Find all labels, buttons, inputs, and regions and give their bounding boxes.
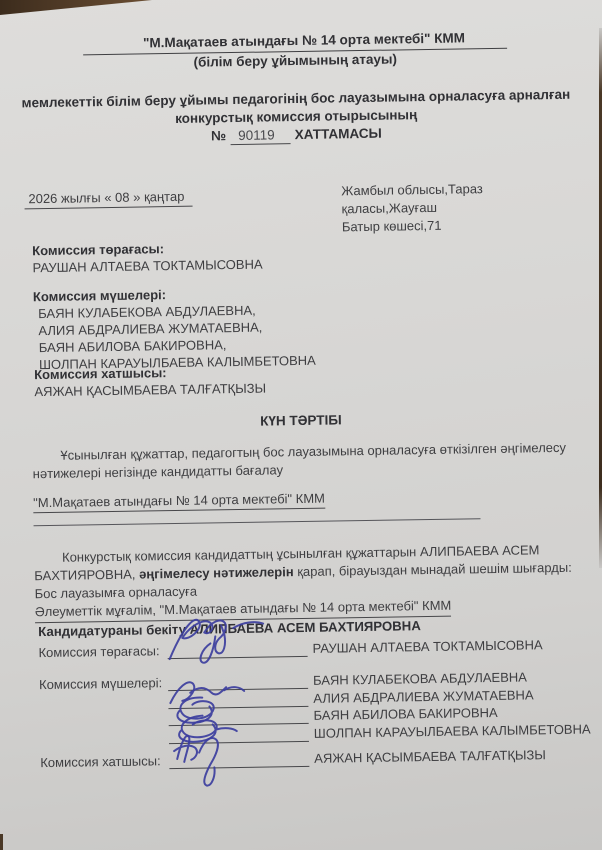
org-name-caption: (білім беру ұйымының атауы) bbox=[193, 51, 397, 69]
paper-sheet: "М.Мақатаев атындағы № 14 орта мектебі" … bbox=[0, 0, 602, 850]
decision-block: Конкурстық комиссия кандидаттың ұсынылға… bbox=[34, 541, 583, 624]
sig-member-line bbox=[168, 673, 308, 691]
protocol-title-line-2: конкурстық комиссия отырысының bbox=[175, 107, 417, 126]
sig-secretary-label: Комиссия хатшысы: bbox=[40, 752, 169, 771]
protocol-title-block: мемлекеттік білім беру ұйымы педагогінің… bbox=[0, 85, 598, 148]
agenda-body: Ұсынылған құжаттар, педагогтың бос лауаз… bbox=[32, 439, 580, 484]
date-value: 2026 жылғы « 08 » қаңтар bbox=[24, 188, 192, 210]
sig-member-line bbox=[169, 725, 309, 743]
photographed-document: { "colors":{"paper":"#d6d5d3","table":"#… bbox=[0, 0, 602, 850]
signature-row-secretary: Комиссия хатшысы: АЯЖАН ҚАСЫМБАЕВА ТАЛҒА… bbox=[40, 746, 546, 771]
protocol-number-row: №90119ХАТТАМАСЫ bbox=[211, 126, 382, 144]
address-line-2: Батыр көшесі,71 bbox=[342, 218, 442, 235]
sig-chair-name: РАУШАН АЛТАЕВА ТОКТАМЫСОВНА bbox=[312, 636, 542, 657]
decision-bold-phrase: әңгімелесу нәтижелерін bbox=[139, 564, 294, 581]
signature-row-chair: Комиссия төрағасы: РАУШАН АЛТАЕВА ТОКТАМ… bbox=[38, 636, 542, 661]
section-divider-line bbox=[34, 518, 481, 526]
sig-member-line bbox=[168, 690, 308, 708]
address-line-1: Жамбыл облысы,Тараз қаласы,Жауғаш bbox=[341, 181, 483, 216]
protocol-number-value: 90119 bbox=[230, 127, 291, 145]
org-name-line: "М.Мақатаев атындағы № 14 орта мектебі" … bbox=[83, 29, 507, 56]
protocol-number-prefix: № bbox=[211, 128, 226, 143]
document-content: "М.Мақатаев атындағы № 14 орта мектебі" … bbox=[0, 0, 602, 850]
secretary-block: Комиссия хатшысы: АЯЖАН ҚАСЫМБАЕВА ТАЛҒА… bbox=[34, 363, 266, 401]
secretary-name: АЯЖАН ҚАСЫМБАЕВА ТАЛҒАТҚЫЗЫ bbox=[34, 381, 266, 400]
signature-rows-members: Комиссия мүшелері: БАЯН КУЛАБЕКОВА АБДУЛ… bbox=[39, 667, 591, 746]
paper-bottom-edge-gap bbox=[0, 834, 3, 850]
protocol-word: ХАТТАМАСЫ bbox=[295, 126, 382, 142]
protocol-title-line-1: мемлекеттік білім беру ұйымы педагогінің… bbox=[21, 87, 570, 111]
sig-member-name: АЛИЯ АБДРАЛИЕВА ЖУМАТАЕВНА bbox=[313, 686, 534, 706]
agenda-org-ref: "М.Мақатаев атындағы № 14 орта мектебі" … bbox=[33, 490, 325, 514]
sig-member-name: БАЯН АБИЛОВА БАКИРОВНА bbox=[313, 704, 497, 724]
sig-secretary-line bbox=[169, 751, 309, 769]
agenda-title: КҮН ТӘРТІБІ bbox=[0, 407, 602, 433]
sig-secretary-name: АЯЖАН ҚАСЫМБАЕВА ТАЛҒАТҚЫЗЫ bbox=[314, 746, 546, 767]
sig-member-name: ШОЛПАН КАРАУЫЛБАЕВА КАЛЫМБЕТОВНА bbox=[314, 720, 591, 741]
chair-block: Комиссия төрағасы: РАУШАН АЛТАЕВА ТОКТАМ… bbox=[32, 239, 263, 277]
sig-members-label: Комиссия мүшелері: bbox=[39, 674, 168, 693]
org-title-block: "М.Мақатаев атындағы № 14 орта мектебі" … bbox=[0, 27, 596, 74]
members-label: Комиссия мүшелері: bbox=[33, 287, 166, 304]
chair-label: Комиссия төрағасы: bbox=[32, 241, 164, 258]
chair-name: РАУШАН АЛТАЕВА ТОКТАМЫСОВНА bbox=[32, 257, 262, 276]
date-line: 2026 жылғы « 08 » қаңтар bbox=[24, 188, 192, 210]
sig-chair-label: Комиссия төрағасы: bbox=[38, 642, 167, 661]
members-block: Комиссия мүшелері: БАЯН КУЛАБЕКОВА АБДУЛ… bbox=[33, 284, 316, 373]
address-block: Жамбыл облысы,Тараз қаласы,Жауғаш Батыр … bbox=[341, 179, 572, 237]
sig-member-line bbox=[168, 708, 308, 726]
sig-chair-line bbox=[167, 641, 307, 659]
secretary-label: Комиссия хатшысы: bbox=[34, 365, 167, 382]
